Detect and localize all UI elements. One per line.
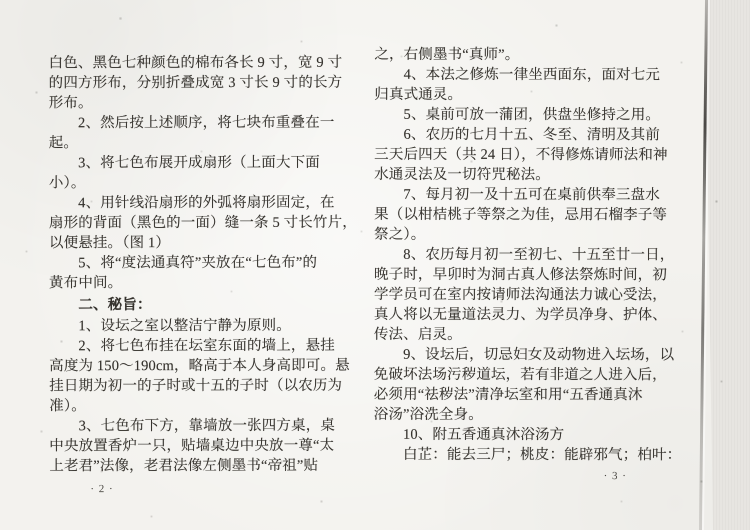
text-line: 3、七色布下方，靠墙放一张四方桌，桌 bbox=[49, 416, 351, 437]
text-line: 祭之）。 bbox=[374, 225, 676, 246]
text-line: 传法、启灵。 bbox=[374, 325, 676, 346]
text-line: 的四方形布，分别折叠成宽 3 寸长 9 寸的长方 bbox=[49, 73, 351, 94]
text-line: 免破坏法场污秽道坛，若有非道之人进入后， bbox=[374, 365, 676, 386]
text-line: 浴汤”浴洗全身。 bbox=[374, 405, 676, 426]
text-line: 5、桌前可放一蒲团，供盘坐修持之用。 bbox=[374, 105, 676, 126]
text-line: 9、设坛后，切忌妇女及动物进入坛场，以 bbox=[374, 345, 676, 366]
text-line: 准）。 bbox=[49, 396, 351, 417]
text-line: 黄布中间。 bbox=[49, 273, 351, 294]
text-line: 三天后四天（共 24 日），不得修炼请师法和神 bbox=[374, 145, 676, 166]
text-line: 1、设坛之室以整洁宁静为原则。 bbox=[49, 316, 351, 337]
text-line: 之，右侧墨书“真师”。 bbox=[374, 45, 676, 66]
text-line: 晚子时，早卯时为洞古真人修法祭炼时间，初 bbox=[374, 265, 676, 286]
text-line: 水通灵法及一切符咒秘法。 bbox=[374, 165, 676, 186]
text-line: 学学员可在室内按请师法沟通法力诚心受法， bbox=[374, 285, 676, 306]
text-line: 真人将以无量道法灵力、为学员净身、护体、 bbox=[374, 305, 676, 326]
text-line: 果（以柑桔桃子等祭之为佳，忌用石榴李子等 bbox=[374, 205, 676, 226]
text-line: 3、将七色布展开成扇形（上面大下面 bbox=[49, 153, 351, 174]
text-line: 归真式通灵。 bbox=[374, 85, 676, 106]
paper-speckles bbox=[0, 0, 1, 1]
text-line: 8、农历每月初一至初七、十五至廿一日， bbox=[374, 245, 676, 266]
section-heading: 二、秘旨： bbox=[49, 295, 351, 316]
text-line: 10、附五香通真沐浴汤方 bbox=[374, 425, 676, 446]
text-line: 白色、黑色七种颜色的棉布各长 9 寸，宽 9 寸 bbox=[49, 53, 351, 74]
page-left: 白色、黑色七种颜色的棉布各长 9 寸，宽 9 寸 的四方形布，分别折叠成宽 3 … bbox=[49, 53, 352, 499]
text-line: 必须用“祛秽法”清净坛室和用“五香通真沐 bbox=[374, 385, 676, 406]
text-line: 形布。 bbox=[49, 93, 351, 114]
text-line: 5、将“度法通真符”夹放在“七色布”的 bbox=[49, 253, 351, 274]
text-line: 4、用针线沿扇形的外弧将扇形固定，在 bbox=[49, 193, 351, 214]
book-scan: 白色、黑色七种颜色的棉布各长 9 寸，宽 9 寸 的四方形布，分别折叠成宽 3 … bbox=[0, 0, 750, 530]
page-number-right: · 3 · bbox=[374, 467, 676, 486]
scan-background-strip bbox=[704, 0, 750, 530]
text-line: 中央放置香炉一只，贴墙桌边中央放一尊“太 bbox=[49, 436, 351, 457]
text-line: 起。 bbox=[49, 133, 351, 154]
page-right: 之，右侧墨书“真师”。 4、本法之修炼一律坐西面东，面对七元 归真式通灵。 5、… bbox=[374, 45, 677, 486]
text-line: 6、农历的七月十五、冬至、清明及其前 bbox=[374, 125, 676, 146]
text-line: 高度为 150～190cm，略高于本人身高即可。悬 bbox=[49, 356, 351, 377]
text-line: 上老君”法像，老君法像左侧墨书“帝祖”贴 bbox=[49, 456, 351, 477]
text-line: 白芷：能去三尸；桃皮：能辟邪气；柏叶： bbox=[374, 445, 676, 466]
text-line: 7、每月初一及十五可在桌前供奉三盘水 bbox=[374, 185, 676, 206]
page-number-left: · 2 · bbox=[49, 480, 351, 499]
text-line: 扇形的背面（黑色的一面）缝一条 5 寸长竹片， bbox=[49, 213, 351, 234]
text-line: 4、本法之修炼一律坐西面东，面对七元 bbox=[374, 65, 676, 86]
text-line: 2、将七色布挂在坛室东面的墙上，悬挂 bbox=[49, 336, 351, 357]
text-line: 挂日期为初一的子时或十五的子时（以农历为 bbox=[49, 376, 351, 397]
text-line: 以便悬挂。（图 1） bbox=[49, 233, 351, 254]
text-line: 小）。 bbox=[49, 173, 351, 194]
text-line: 2、然后按上述顺序，将七块布重叠在一 bbox=[49, 113, 351, 134]
